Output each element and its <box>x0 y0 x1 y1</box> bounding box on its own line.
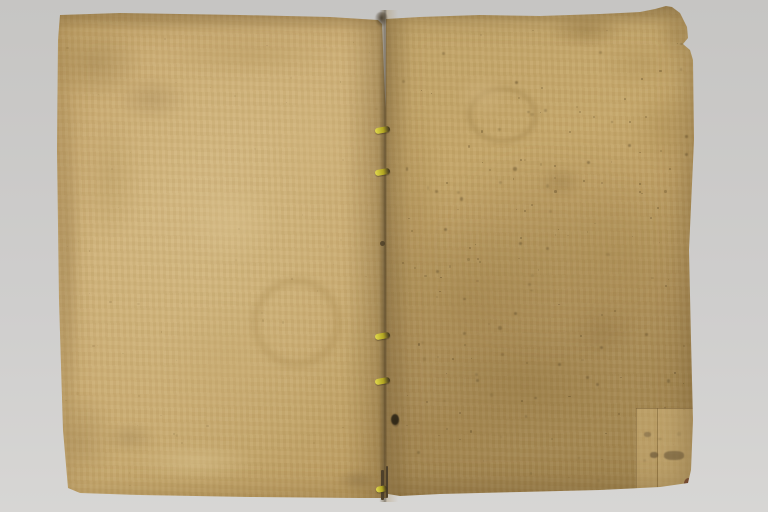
foxing-speck <box>558 229 559 230</box>
foxing-speck <box>538 269 540 270</box>
foxing-speck <box>375 108 377 110</box>
foxing-speck <box>459 412 461 414</box>
foxing-speck <box>601 459 603 461</box>
foxing-speck <box>327 245 329 248</box>
foxing-speck <box>606 253 609 255</box>
foxing-speck <box>234 95 236 97</box>
stain <box>131 441 261 483</box>
stain <box>249 275 344 370</box>
foxing-speck <box>109 301 111 304</box>
foxing-speck <box>540 112 541 113</box>
book-left-cover <box>54 11 390 503</box>
foxing-speck <box>122 353 123 354</box>
foxing-speck <box>518 258 520 260</box>
stain <box>117 76 187 121</box>
foxing-speck <box>137 425 138 426</box>
foxing-speck <box>629 121 631 123</box>
stain <box>465 85 540 145</box>
foxing-speck <box>471 358 472 359</box>
foxing-speck <box>98 94 99 95</box>
foxing-speck <box>476 379 479 382</box>
foxing-speck <box>483 460 485 462</box>
foxing-speck <box>551 438 552 440</box>
foxing-speck <box>476 280 478 282</box>
foxing-speck <box>555 234 556 235</box>
foxing-speck <box>261 312 263 314</box>
foxing-speck <box>514 312 517 315</box>
foxing-speck <box>669 168 671 170</box>
foxing-speck <box>436 296 438 298</box>
foxing-speck <box>554 177 556 179</box>
foxing-speck <box>657 207 659 209</box>
foxing-speck <box>261 468 263 469</box>
stain <box>455 73 510 118</box>
foxing-speck <box>439 291 441 292</box>
foxing-speck <box>594 223 595 224</box>
foxing-speck <box>624 98 626 100</box>
foxing-speck <box>459 439 461 441</box>
foxing-speck <box>402 80 405 83</box>
foxing-speck <box>89 250 90 251</box>
book-right-cover <box>383 4 697 500</box>
stain <box>335 469 379 491</box>
foxing-speck <box>424 275 426 277</box>
foxing-speck <box>576 106 579 108</box>
foxing-speck <box>481 130 483 132</box>
foxing-speck <box>414 267 415 269</box>
foxing-speck <box>558 363 561 366</box>
foxing-speck <box>421 90 422 91</box>
foxing-speck <box>569 131 571 133</box>
foxing-speck <box>130 152 131 153</box>
foxing-speck <box>97 345 98 346</box>
foxing-speck <box>526 362 528 364</box>
foxing-speck <box>464 344 466 346</box>
foxing-speck <box>674 372 676 373</box>
foxing-speck <box>436 270 439 273</box>
stain <box>538 165 583 199</box>
stain <box>391 415 400 428</box>
foxing-speck <box>176 434 178 436</box>
foxing-speck <box>118 207 119 208</box>
foxing-speck <box>206 425 208 428</box>
foxing-speck <box>460 197 463 200</box>
foxing-speck <box>340 81 341 82</box>
foxing-speck <box>525 415 528 418</box>
foxing-speck <box>411 230 413 232</box>
foxing-speck <box>77 194 78 195</box>
stain <box>548 11 623 49</box>
foxing-speck <box>599 51 602 55</box>
stain <box>48 25 143 100</box>
stain <box>80 120 140 240</box>
stain <box>570 175 675 335</box>
foxing-speck <box>490 393 493 397</box>
stain <box>387 400 517 465</box>
foxing-speck <box>597 479 600 481</box>
foxing-speck <box>632 236 633 237</box>
foxing-speck <box>442 52 445 55</box>
foxing-speck <box>596 383 599 386</box>
foxing-speck <box>540 163 543 166</box>
foxing-speck <box>266 45 267 46</box>
foxing-speck <box>685 135 688 137</box>
foxing-speck <box>568 396 570 398</box>
foxing-speck <box>407 395 409 397</box>
foxing-speck <box>129 485 130 486</box>
foxing-speck <box>443 400 446 403</box>
foxing-speck <box>176 360 177 361</box>
foxing-speck <box>333 264 334 265</box>
foxing-speck <box>601 182 603 184</box>
foxing-speck <box>340 239 342 241</box>
foxing-speck <box>440 277 441 278</box>
foxing-speck <box>302 214 304 216</box>
foxing-speck <box>620 377 621 378</box>
foxing-speck <box>541 87 543 89</box>
faint-ink-mark <box>664 451 684 460</box>
foxing-speck <box>645 333 648 335</box>
foxing-speck <box>530 113 533 115</box>
foxing-speck <box>238 228 240 230</box>
left-cover-spine-shading <box>54 11 390 503</box>
foxing-speck <box>659 70 661 72</box>
foxing-speck <box>628 144 631 147</box>
foxing-speck <box>467 258 470 261</box>
foxing-speck <box>651 277 653 280</box>
foxing-speck <box>579 111 581 113</box>
foxing-speck <box>418 422 420 424</box>
foxing-speck <box>437 356 439 358</box>
foxing-speck <box>499 181 502 184</box>
foxing-speck <box>667 379 670 383</box>
foxing-speck <box>668 279 669 280</box>
foxing-speck <box>587 231 588 232</box>
foxing-speck <box>160 415 162 417</box>
foxing-speck <box>546 184 549 187</box>
foxing-speck <box>431 93 433 94</box>
foxing-speck <box>290 77 292 79</box>
foxing-speck <box>567 235 569 236</box>
foxing-speck <box>426 401 428 402</box>
foxing-speck <box>641 78 643 80</box>
foxing-speck <box>520 159 522 161</box>
foxing-speck <box>659 242 660 243</box>
foxing-speck <box>129 472 131 474</box>
foxing-speck <box>435 190 438 193</box>
foxing-speck <box>500 436 503 438</box>
foxing-speck <box>515 81 518 84</box>
foxing-speck <box>498 128 501 131</box>
foxing-speck <box>457 191 460 194</box>
foxing-speck <box>516 209 517 210</box>
foxing-speck <box>468 145 470 147</box>
foxing-speck <box>469 247 471 249</box>
foxing-speck <box>544 109 547 111</box>
foxing-speck <box>175 82 177 84</box>
foxing-speck <box>210 87 212 88</box>
foxing-speck <box>342 427 343 428</box>
foxing-speck <box>317 290 319 292</box>
foxing-speck <box>606 30 608 31</box>
foxing-speck <box>498 326 501 330</box>
foxing-speck <box>532 30 534 31</box>
foxing-speck <box>320 383 322 385</box>
stain <box>165 300 285 420</box>
foxing-speck <box>477 258 479 260</box>
foxing-speck <box>501 353 504 356</box>
foxing-speck <box>446 428 448 430</box>
foxing-speck <box>531 274 534 277</box>
foxing-speck <box>470 430 472 432</box>
foxing-speck <box>181 303 183 304</box>
foxing-speck <box>524 210 526 212</box>
foxing-speck <box>482 162 483 163</box>
foxing-speck <box>513 167 516 170</box>
left-cover-top-edge <box>54 11 390 503</box>
foxing-speck <box>479 261 481 263</box>
foxing-speck <box>528 283 531 285</box>
foxing-speck <box>578 457 581 459</box>
stain <box>570 305 635 360</box>
foxing-speck <box>480 34 482 35</box>
foxing-speck <box>446 182 448 184</box>
foxing-speck <box>173 433 175 435</box>
foxing-speck <box>291 278 293 280</box>
foxing-speck <box>353 42 354 43</box>
left-cover-stains <box>54 11 390 503</box>
foxing-speck <box>92 345 94 347</box>
foxing-speck <box>581 359 584 361</box>
foxing-speck <box>365 276 366 277</box>
foxing-speck <box>421 341 424 344</box>
foxing-speck <box>605 433 607 435</box>
foxing-speck <box>111 168 113 170</box>
foxing-speck <box>521 400 523 402</box>
foxing-speck <box>534 397 537 399</box>
foxing-speck <box>531 204 533 206</box>
foxing-speck <box>489 169 492 171</box>
photo-scene: An antique stab-bound book lying open, s… <box>0 0 768 512</box>
foxing-speck <box>639 183 641 185</box>
foxing-speck <box>554 190 556 193</box>
stain <box>103 422 158 454</box>
foxing-speck <box>438 435 439 436</box>
foxing-speck <box>138 395 140 397</box>
foxing-speck <box>282 321 284 323</box>
foxing-speck <box>530 290 533 292</box>
foxing-speck <box>524 159 526 161</box>
foxing-speck <box>611 161 612 162</box>
foxing-speck <box>463 332 466 334</box>
foxing-speck <box>66 47 68 49</box>
foxing-speck <box>593 116 594 118</box>
foxing-speck <box>558 304 559 305</box>
foxing-speck <box>271 249 273 251</box>
stain <box>391 105 446 315</box>
stain <box>630 83 695 168</box>
stain <box>385 215 555 385</box>
foxing-speck <box>313 442 314 444</box>
foxing-speck <box>137 303 139 305</box>
foxing-speck <box>369 52 370 53</box>
foxing-speck <box>444 228 447 230</box>
foxing-speck <box>601 314 603 317</box>
foxing-speck <box>639 191 641 193</box>
foxing-speck <box>664 190 667 193</box>
foxing-speck <box>586 376 589 380</box>
foxing-speck <box>683 383 684 384</box>
foxing-speck <box>254 148 255 150</box>
foxing-speck <box>286 102 287 103</box>
foxing-speck <box>650 217 652 218</box>
stain <box>430 333 620 438</box>
foxing-speck <box>475 373 478 376</box>
stain <box>430 133 660 363</box>
foxing-speck <box>67 246 68 247</box>
foxing-speck <box>488 323 490 325</box>
foxing-speck <box>600 346 603 349</box>
foxing-speck <box>235 259 237 261</box>
foxing-speck <box>65 400 66 401</box>
foxing-speck <box>78 241 79 242</box>
stain <box>276 80 361 210</box>
foxing-speck <box>463 298 466 300</box>
foxing-speck <box>519 242 522 245</box>
foxing-speck <box>423 357 426 361</box>
foxing-speck <box>611 121 614 123</box>
foxing-speck <box>685 153 688 156</box>
foxing-speck <box>418 343 421 345</box>
foxing-speck <box>641 193 643 194</box>
foxing-speck <box>680 68 683 71</box>
left-cover-sheen <box>54 11 390 503</box>
foxing-speck <box>580 335 582 337</box>
foxing-speck <box>449 265 451 267</box>
foxing-speck <box>530 472 532 474</box>
foxing-speck <box>406 425 408 427</box>
foxing-speck <box>427 186 430 189</box>
foxing-speck <box>518 97 520 99</box>
stain <box>600 35 685 90</box>
stain <box>165 33 335 78</box>
foxing-speck <box>549 210 552 213</box>
foxing-speck <box>520 237 522 239</box>
foxing-speck <box>683 345 685 347</box>
foxing-speck <box>402 262 404 264</box>
foxing-speck <box>660 150 662 152</box>
foxing-speck <box>161 331 163 333</box>
foxing-speck <box>181 442 183 444</box>
faint-ink-mark <box>644 432 651 437</box>
foxing-speck <box>417 451 420 453</box>
foxing-speck <box>446 373 448 374</box>
left-cover-paper-grain <box>54 11 390 503</box>
foxing-speck <box>76 392 78 395</box>
foxing-speck <box>457 209 459 210</box>
foxing-speck <box>262 319 264 322</box>
foxing-speck <box>475 244 476 245</box>
foxing-speck <box>618 413 621 416</box>
foxing-speck <box>527 111 530 113</box>
foxing-speck <box>677 43 678 44</box>
foxing-speck <box>639 152 641 153</box>
foxing-speck <box>554 165 555 167</box>
left-cover-edge-wear <box>54 11 390 503</box>
foxing-speck <box>452 358 454 360</box>
foxing-speck <box>164 38 166 40</box>
foxing-speck <box>665 285 667 287</box>
stain <box>185 180 280 265</box>
foxing-speck <box>89 293 90 294</box>
foxing-speck <box>408 218 409 219</box>
foxing-speck <box>680 43 683 45</box>
faint-ink-mark <box>650 452 658 458</box>
foxing-speck <box>645 116 647 118</box>
foxing-speck <box>342 159 344 161</box>
foxing-speck <box>583 180 585 182</box>
foxing-speck <box>513 178 514 179</box>
foxing-speck <box>406 167 409 170</box>
foxing-speck <box>614 310 616 312</box>
foxing-speck <box>546 247 549 250</box>
foxing-speck <box>568 477 569 479</box>
foxing-speck <box>587 161 590 163</box>
